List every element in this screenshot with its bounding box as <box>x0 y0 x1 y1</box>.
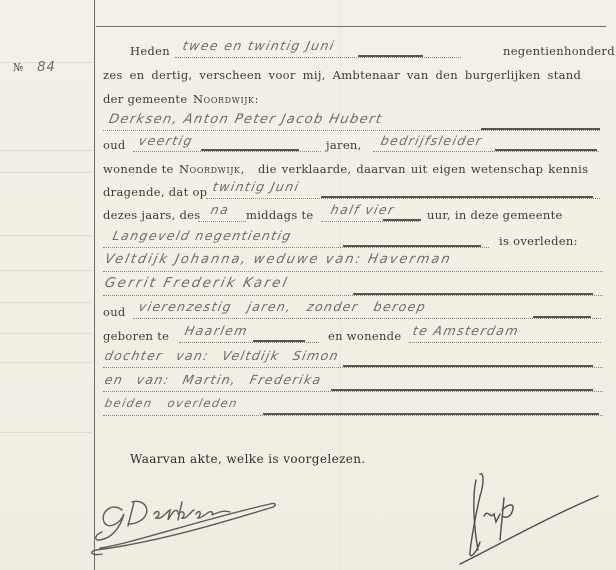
fill-line <box>133 318 601 319</box>
strike-line <box>495 149 597 151</box>
printed-year-prefix: negentienhonderd <box>503 44 615 58</box>
line-residence: wonende te Noordwijk, die verklaarde, da… <box>103 158 613 180</box>
handwritten-death-date: twintig Juni <box>211 179 301 194</box>
printed-text: middags te <box>246 208 314 222</box>
number-label: № <box>13 61 23 74</box>
line-death-date: dragende, dat op twintig Juni <box>103 181 613 203</box>
printed-oud: oud <box>103 305 126 319</box>
printed-text: uur, in deze gemeente <box>427 208 563 222</box>
handwritten-father: dochter van: Veltdijk Simon <box>103 348 340 363</box>
handwritten-parents-status: beiden overleden <box>104 396 240 410</box>
strike-line <box>331 389 593 391</box>
handwritten-place-of-death: Langeveld negentientig <box>111 228 293 243</box>
fill-line <box>103 247 489 248</box>
handwritten-time-of-day: na <box>209 202 231 217</box>
registrar-signature: Slinga <box>450 468 600 568</box>
strike-line <box>201 149 299 151</box>
handwritten-mother: en van: Martin, Frederika <box>103 372 323 387</box>
margin-ghost-line <box>0 302 92 303</box>
municipality-name: Noordwijk: <box>193 92 259 106</box>
handwritten-age-occupation: vierenzestig jaren, zonder beroep <box>137 299 427 314</box>
fill-line <box>175 57 461 58</box>
handwritten-birthplace: Haarlem <box>183 323 249 338</box>
printed-text: dezes jaars, des <box>103 208 200 222</box>
printed-text: der gemeente <box>103 92 187 106</box>
margin-ghost-line <box>0 362 92 363</box>
line-deceased-age: oud vierenzestig jaren, zonder beroep <box>103 300 613 322</box>
printed-text: geboren te <box>103 329 169 343</box>
fill-line <box>179 342 319 343</box>
line-birthplace: geboren te Haarlem en wonende te Amsterd… <box>103 324 613 346</box>
margin-ghost-line <box>0 270 92 271</box>
line-spouse-name: Gerrit Frederik Karel <box>103 276 613 298</box>
header-rule <box>96 26 606 27</box>
strike-line <box>321 196 593 198</box>
line-appearance: zes en dertig, verscheen voor mij, Ambte… <box>103 64 613 86</box>
line-date: Heden twee en twintig Juni negentienhond… <box>103 40 613 62</box>
strike-line <box>533 316 591 318</box>
handwritten-hour: half vier <box>329 202 396 217</box>
fill-line <box>103 271 603 272</box>
printed-oud: oud <box>103 138 126 152</box>
fill-line <box>373 151 599 152</box>
record-number: № 84 <box>13 60 56 75</box>
municipality-name: Noordwijk, <box>179 162 245 176</box>
number-value: 84 <box>37 60 56 75</box>
line-declarant-name: Derksen, Anton Peter Jacob Hubert <box>103 111 613 133</box>
fill-line <box>321 221 419 222</box>
printed-text: wonende te <box>103 162 174 176</box>
fill-line <box>103 130 600 131</box>
printed-text: die verklaarde, daarvan uit eigen wetens… <box>258 162 588 176</box>
printed-text: en wonende <box>328 329 401 343</box>
line-parents-status: beiden overleden <box>103 396 613 418</box>
line-father: dochter van: Veltdijk Simon <box>103 348 613 370</box>
fill-line <box>103 415 603 416</box>
strike-line <box>481 128 600 130</box>
printed-text: dragende, dat op <box>103 185 207 199</box>
printed-text: zes en dertig, verscheen voor mij, Ambte… <box>103 68 581 82</box>
margin-ghost-line <box>0 235 92 236</box>
printed-jaren: jaren, <box>326 138 362 152</box>
fill-line <box>409 342 601 343</box>
strike-line <box>343 365 593 367</box>
line-place-of-death: Langeveld negentientig is overleden: <box>103 228 613 250</box>
strike-line <box>253 340 305 342</box>
handwritten-deceased-name: Veltdijk Johanna, weduwe van: Haverman <box>103 252 453 267</box>
fill-line <box>103 367 603 368</box>
fill-line <box>198 221 246 222</box>
line-declarant-age: oud veertig jaren, bedrijfsleider <box>103 134 613 156</box>
civil-record-page: № 84 Heden twee en twintig Juni negentie… <box>0 0 616 570</box>
line-municipality: der gemeente Noordwijk: <box>103 88 613 110</box>
margin-ghost-line <box>0 172 92 173</box>
strike-line <box>263 413 599 415</box>
line-mother: en van: Martin, Frederika <box>103 372 613 394</box>
strike-line <box>353 293 593 295</box>
line-deceased-name: Veltdijk Johanna, weduwe van: Haverman <box>103 252 613 274</box>
fill-line <box>103 295 603 296</box>
handwritten-date: twee en twintig Juni <box>181 38 336 53</box>
printed-heden: Heden <box>130 44 170 58</box>
margin-ghost-line <box>0 150 92 151</box>
margin-ghost-line <box>0 432 92 433</box>
closing-statement: Waarvan akte, welke is voorgelezen. <box>130 452 366 466</box>
handwritten-age: veertig <box>137 133 194 148</box>
margin-ghost-line <box>0 333 92 334</box>
line-death-time: dezes jaars, des na middags te half vier… <box>103 204 613 226</box>
printed-text: is overleden: <box>499 234 578 248</box>
strike-line <box>383 219 421 221</box>
fill-line <box>103 391 603 392</box>
handwritten-occupation: bedrijfsleider <box>379 133 484 148</box>
handwritten-residence: te Amsterdam <box>411 323 520 338</box>
handwritten-spouse-name: Gerrit Frederik Karel <box>103 275 290 291</box>
handwritten-declarant-name: Derksen, Anton Peter Jacob Hubert <box>107 112 384 127</box>
strike-line <box>343 245 481 247</box>
fill-line <box>206 198 600 199</box>
strike-line <box>358 55 423 57</box>
fill-line <box>133 151 321 152</box>
declarant-signature: A Derksen <box>90 480 280 560</box>
